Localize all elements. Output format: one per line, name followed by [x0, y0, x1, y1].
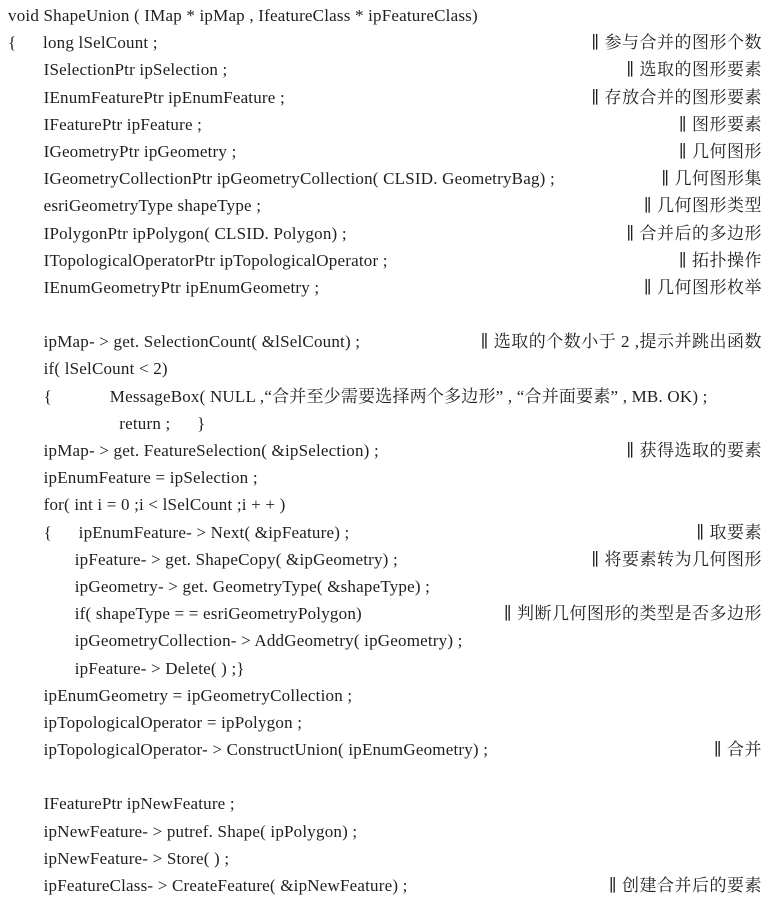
- code-line: ipGeometryCollection- > AddGeometry( ipG…: [8, 627, 762, 654]
- code-text: ipTopologicalOperator- > ConstructUnion(…: [8, 736, 488, 763]
- code-text: IGeometryPtr ipGeometry ;: [8, 138, 237, 165]
- comment-text: ∥ 获得选取的要素: [626, 437, 762, 464]
- code-line: IFeaturePtr ipFeature ; ∥ 图形要素: [8, 111, 762, 138]
- code-text: IEnumFeaturePtr ipEnumFeature ;: [8, 84, 285, 111]
- code-line: IFeaturePtr ipNewFeature ;: [8, 790, 762, 817]
- code-line: ipTopologicalOperator- > ConstructUnion(…: [8, 736, 762, 763]
- code-text: IGeometryCollectionPtr ipGeometryCollect…: [8, 165, 555, 192]
- code-line: ITopologicalOperatorPtr ipTopologicalOpe…: [8, 247, 762, 274]
- code-line: IEnumFeaturePtr ipEnumFeature ; ∥ 存放合并的图…: [8, 84, 762, 111]
- code-line: [8, 763, 762, 790]
- code-line: ipFeature- > get. ShapeCopy( &ipGeometry…: [8, 546, 762, 573]
- code-text: { MessageBox( NULL ,“合并至少需要选择两个多边形” , “合…: [8, 383, 708, 410]
- code-text: if( shapeType = = esriGeometryPolygon): [8, 600, 362, 627]
- comment-text: ∥ 存放合并的图形要素: [591, 84, 762, 111]
- comment-text: ∥ 几何图形枚举: [644, 274, 762, 301]
- comment-text: ∥ 几何图形集: [661, 165, 762, 192]
- code-line: ISelectionPtr ipSelection ; ∥ 选取的图形要素: [8, 56, 762, 83]
- code-line: { ipEnumFeature- > Next( &ipFeature) ; ∥…: [8, 519, 762, 546]
- code-line: ipNewFeature- > Store( ) ;: [8, 845, 762, 872]
- code-line: esriGeometryType shapeType ; ∥ 几何图形类型: [8, 192, 762, 219]
- comment-text: ∥ 合并: [714, 736, 762, 763]
- comment-text: ∥ 拓扑操作: [679, 247, 762, 274]
- code-line: ipMap- > get. FeatureSelection( &ipSelec…: [8, 437, 762, 464]
- code-line: if( lSelCount < 2): [8, 355, 762, 382]
- code-text: ITopologicalOperatorPtr ipTopologicalOpe…: [8, 247, 388, 274]
- code-line: [8, 301, 762, 328]
- code-line: IGeometryCollectionPtr ipGeometryCollect…: [8, 165, 762, 192]
- code-line: { long lSelCount ; ∥ 参与合并的图形个数: [8, 29, 762, 56]
- code-text: ipTopologicalOperator = ipPolygon ;: [8, 709, 302, 736]
- code-line: ipNewFeature- > putref. Shape( ipPolygon…: [8, 818, 762, 845]
- code-line: ipGeometry- > get. GeometryType( &shapeT…: [8, 573, 762, 600]
- code-text: { ipEnumFeature- > Next( &ipFeature) ;: [8, 519, 349, 546]
- code-line: IPolygonPtr ipPolygon( CLSID. Polygon) ;…: [8, 220, 762, 247]
- comment-text: ∥ 合并后的多边形: [626, 220, 762, 247]
- code-text: ipGeometryCollection- > AddGeometry( ipG…: [8, 627, 463, 654]
- comment-text: ∥ 取要素: [696, 519, 762, 546]
- code-text: ipFeatureClass- > CreateFeature( &ipNewF…: [8, 872, 408, 899]
- code-text: IFeaturePtr ipNewFeature ;: [8, 790, 235, 817]
- code-text: IEnumGeometryPtr ipEnumGeometry ;: [8, 274, 319, 301]
- code-text: ipFeature- > get. ShapeCopy( &ipGeometry…: [8, 546, 398, 573]
- code-text: ipNewFeature- > putref. Shape( ipPolygon…: [8, 818, 357, 845]
- comment-text: ∥ 几何图形: [679, 138, 762, 165]
- comment-text: ∥ 选取的个数小于 2 ,提示并跳出函数: [481, 328, 762, 355]
- code-text: IFeaturePtr ipFeature ;: [8, 111, 202, 138]
- comment-text: ∥ 几何图形类型: [644, 192, 762, 219]
- code-text: ipNewFeature- > Store( ) ;: [8, 845, 229, 872]
- code-listing: void ShapeUnion ( IMap * ipMap , Ifeatur…: [8, 2, 762, 899]
- code-line: ipEnumGeometry = ipGeometryCollection ;: [8, 682, 762, 709]
- code-line: for( int i = 0 ;i < lSelCount ;i + + ): [8, 491, 762, 518]
- comment-text: ∥ 将要素转为几何图形: [591, 546, 762, 573]
- code-text: { long lSelCount ;: [8, 29, 158, 56]
- comment-text: ∥ 判断几何图形的类型是否多边形: [504, 600, 762, 627]
- code-text: ipGeometry- > get. GeometryType( &shapeT…: [8, 573, 430, 600]
- code-text: ipFeature- > Delete( ) ;}: [8, 655, 245, 682]
- code-text: ISelectionPtr ipSelection ;: [8, 56, 227, 83]
- code-text: ipEnumFeature = ipSelection ;: [8, 464, 258, 491]
- comment-text: ∥ 图形要素: [679, 111, 762, 138]
- scanned-code-page: void ShapeUnion ( IMap * ipMap , Ifeatur…: [0, 0, 768, 900]
- code-text: esriGeometryType shapeType ;: [8, 192, 261, 219]
- code-line: return ; }: [8, 410, 762, 437]
- code-line: ipMap- > get. SelectionCount( &lSelCount…: [8, 328, 762, 355]
- code-text: for( int i = 0 ;i < lSelCount ;i + + ): [8, 491, 286, 518]
- code-line: ipFeature- > Delete( ) ;}: [8, 655, 762, 682]
- code-text: void ShapeUnion ( IMap * ipMap , Ifeatur…: [8, 2, 478, 29]
- comment-text: ∥ 选取的图形要素: [626, 56, 762, 83]
- code-line: ipEnumFeature = ipSelection ;: [8, 464, 762, 491]
- code-text: ipMap- > get. SelectionCount( &lSelCount…: [8, 328, 360, 355]
- code-text: return ; }: [8, 410, 205, 437]
- comment-text: ∥ 创建合并后的要素: [609, 872, 762, 899]
- code-text: IPolygonPtr ipPolygon( CLSID. Polygon) ;: [8, 220, 347, 247]
- code-text: ipEnumGeometry = ipGeometryCollection ;: [8, 682, 352, 709]
- code-line: ipTopologicalOperator = ipPolygon ;: [8, 709, 762, 736]
- code-line: if( shapeType = = esriGeometryPolygon) ∥…: [8, 600, 762, 627]
- code-line: void ShapeUnion ( IMap * ipMap , Ifeatur…: [8, 2, 762, 29]
- code-line: ipFeatureClass- > CreateFeature( &ipNewF…: [8, 872, 762, 899]
- code-line: IGeometryPtr ipGeometry ; ∥ 几何图形: [8, 138, 762, 165]
- code-line: { MessageBox( NULL ,“合并至少需要选择两个多边形” , “合…: [8, 383, 762, 410]
- code-line: IEnumGeometryPtr ipEnumGeometry ; ∥ 几何图形…: [8, 274, 762, 301]
- code-text: if( lSelCount < 2): [8, 355, 168, 382]
- comment-text: ∥ 参与合并的图形个数: [591, 29, 762, 56]
- code-text: ipMap- > get. FeatureSelection( &ipSelec…: [8, 437, 379, 464]
